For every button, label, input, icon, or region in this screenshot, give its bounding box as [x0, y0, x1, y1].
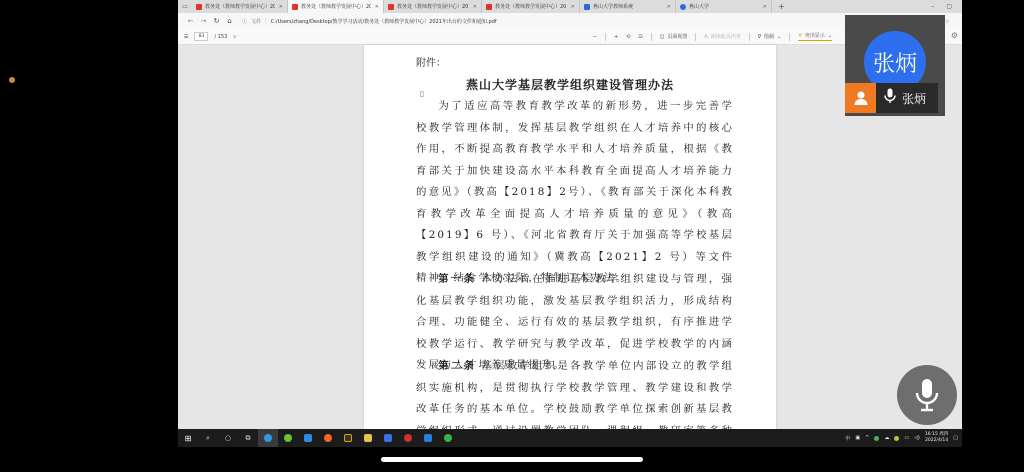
- tab-label: 燕山大学: [689, 3, 759, 10]
- browser-tab-3[interactable]: 教务处（教师教学发展中心）20 ✕: [384, 0, 482, 13]
- attachment-label: 附件：: [416, 54, 446, 69]
- divider: [695, 33, 696, 41]
- url-field[interactable]: ⓘ 文件 | C:/Users/zhang/Desktop/教学学习活动/教务处…: [242, 18, 930, 25]
- refresh-button[interactable]: ↻: [210, 17, 223, 25]
- browser-tab-2[interactable]: 教务处（教师教学发展中心）20 ✕: [288, 0, 384, 13]
- browser-tab-bar: ▭ 教务处（教师教学发展中心）20 ✕ 教务处（教师教学发展中心）20 ✕ 教务…: [178, 0, 962, 13]
- edge-icon[interactable]: [258, 429, 278, 447]
- divider: [605, 33, 606, 41]
- page-view-button[interactable]: ◫ 页面视图: [660, 33, 688, 40]
- browser-tab-1[interactable]: 教务处（教师教学发展中心）20 ✕: [192, 0, 288, 13]
- maximize-button[interactable]: ▢: [946, 3, 952, 10]
- pdf-file-icon: [486, 4, 492, 10]
- draw-icon: ∇: [758, 34, 761, 40]
- windows-taskbar: ⊞ ⌕ ○ ⧉ 中 ▣ ^ ☁ ▭ ◁) 16:15 周四 2022/4/14 …: [178, 429, 962, 447]
- zoom-out-button[interactable]: −: [593, 34, 597, 40]
- search-icon[interactable]: ⌕: [198, 429, 218, 447]
- clock-date: 2022/4/14: [925, 438, 948, 444]
- table-of-contents-icon[interactable]: ☰: [184, 34, 188, 40]
- divider: [789, 33, 790, 41]
- info-icon[interactable]: ⓘ: [242, 18, 247, 25]
- article-heading: 第二条: [438, 360, 476, 372]
- file-scheme-label: 文件: [251, 18, 261, 25]
- wechat-icon[interactable]: [438, 429, 458, 447]
- qq-penguin-icon[interactable]: [398, 429, 418, 447]
- rotate-icon[interactable]: ⟲: [626, 34, 630, 40]
- page-view-label: 页面视图: [667, 33, 687, 40]
- tab-actions-icon[interactable]: ▭: [178, 0, 192, 13]
- chevron-down-icon[interactable]: ⌄: [828, 33, 832, 39]
- draw-button[interactable]: ∇ 绘制 ⌄: [758, 33, 782, 40]
- pdf-page: 附件： 燕山大学基层教学组织建设管理办法 ▯ 为了适应高等教育教学改革的新形势，…: [364, 45, 776, 429]
- recording-indicator-dot: [9, 77, 15, 83]
- article-heading: 第一条: [438, 273, 476, 285]
- browser-tab-6[interactable]: 燕山大学 ✕: [676, 0, 772, 13]
- minimize-button[interactable]: –: [931, 3, 934, 10]
- divider: [749, 33, 750, 41]
- read-aloud-button[interactable]: A 朗读此页内容: [704, 33, 740, 40]
- tray-app-icon[interactable]: [894, 436, 899, 441]
- browser-tab-4[interactable]: 教务处（教师教学发展中心）20 ✕: [482, 0, 580, 13]
- green-app-icon[interactable]: [278, 429, 298, 447]
- volume-icon[interactable]: ◁): [914, 435, 920, 441]
- g-app-icon[interactable]: [338, 429, 358, 447]
- microphone-icon: [914, 378, 940, 412]
- microphone-icon: [884, 88, 896, 108]
- input-language[interactable]: 中: [845, 435, 850, 442]
- document-title: 燕山大学基层教学组织建设管理办法: [364, 76, 776, 93]
- highlighter-icon: ∀: [798, 33, 801, 39]
- system-tray: 中 ▣ ^ ☁ ▭ ◁) 16:15 周四 2022/4/14 ▢: [845, 432, 962, 444]
- back-button[interactable]: ←: [184, 17, 197, 25]
- site-icon: [680, 4, 686, 10]
- tray-app-icon[interactable]: [874, 436, 879, 441]
- tab-label: 教务处（教师教学发展中心）20: [397, 3, 469, 10]
- highlight-label: 突出显示: [805, 32, 825, 39]
- participant-strip: 张炳: [845, 83, 938, 113]
- site-icon: [584, 4, 590, 10]
- participant-video-tile[interactable]: 张炳 张炳: [845, 15, 945, 116]
- page-total: / 153: [214, 34, 227, 40]
- close-tab-icon[interactable]: ✕: [571, 4, 575, 10]
- pdf-file-icon: [292, 4, 298, 10]
- pdf-file-icon: [388, 4, 394, 10]
- network-icon[interactable]: ▭: [904, 435, 909, 441]
- close-tab-icon[interactable]: ✕: [375, 4, 379, 10]
- ime-icon[interactable]: ▣: [855, 435, 860, 441]
- close-tab-icon[interactable]: ✕: [473, 4, 477, 10]
- task-view-icon[interactable]: ⧉: [238, 429, 258, 447]
- home-button[interactable]: ⌂: [223, 17, 236, 25]
- url-text: C:/Users/zhang/Desktop/教学学习活动/教务处（教师教学发展…: [271, 18, 497, 25]
- tab-label: 燕山大学教师系统: [593, 3, 663, 10]
- favorites-icon[interactable]: ☆: [945, 18, 950, 25]
- new-tab-button[interactable]: +: [772, 2, 791, 11]
- forward-button[interactable]: →: [197, 17, 210, 25]
- page-number-input[interactable]: 83: [194, 32, 208, 41]
- cortana-icon[interactable]: ○: [218, 429, 238, 447]
- home-indicator-bar[interactable]: [381, 457, 643, 462]
- firefox-icon[interactable]: [318, 429, 338, 447]
- tab-label: 教务处（教师教学发展中心）20: [495, 3, 567, 10]
- mail-icon[interactable]: [298, 429, 318, 447]
- close-tab-icon[interactable]: ✕: [667, 4, 671, 10]
- tab-label: 教务处（教师教学发展中心）20: [301, 3, 371, 10]
- chevron-down-icon[interactable]: ⌄: [777, 34, 781, 40]
- file-explorer-icon[interactable]: [358, 429, 378, 447]
- divider: [651, 33, 652, 41]
- highlight-button[interactable]: ∀ 突出显示 ⌄: [798, 32, 832, 41]
- read-aloud-label: 朗读此页内容: [711, 33, 741, 40]
- microphone-button[interactable]: [897, 365, 957, 425]
- fit-page-icon[interactable]: ⊡: [638, 34, 642, 40]
- paragraph-preamble: 为了适应高等教育教学改革的新形势，进一步完善学校教学管理体制，发挥基层教学组织在…: [416, 96, 734, 290]
- divider: |: [265, 18, 267, 24]
- blue-app-2-icon[interactable]: [418, 429, 438, 447]
- close-tab-icon[interactable]: ✕: [279, 4, 283, 10]
- pdf-file-icon: [196, 4, 202, 10]
- user-icon: [845, 83, 876, 113]
- participant-name: 张炳: [902, 90, 926, 107]
- windows-start-button[interactable]: ⊞: [178, 429, 198, 447]
- read-aloud-icon: A: [704, 34, 707, 40]
- notification-icon[interactable]: ▢: [953, 435, 958, 441]
- cloud-icon[interactable]: ☁: [884, 435, 889, 441]
- paragraph-text: 为了适应高等教育教学改革的新形势，进一步完善学校教学管理体制，发挥基层教学组织在…: [416, 100, 734, 284]
- show-hidden-icons[interactable]: ^: [865, 435, 869, 441]
- tab-label: 教务处（教师教学发展中心）20: [205, 3, 275, 10]
- find-icon[interactable]: ⌕: [233, 34, 236, 40]
- settings-gear-icon[interactable]: ⚙: [951, 31, 958, 40]
- zoom-in-button[interactable]: +: [614, 34, 618, 40]
- page-view-icon: ◫: [660, 34, 665, 40]
- blue-app-icon[interactable]: [378, 429, 398, 447]
- draw-label: 绘制: [764, 33, 774, 40]
- clock[interactable]: 16:15 周四 2022/4/14: [925, 432, 948, 444]
- browser-tab-5[interactable]: 燕山大学教师系统 ✕: [580, 0, 676, 13]
- close-tab-icon[interactable]: ✕: [763, 4, 767, 10]
